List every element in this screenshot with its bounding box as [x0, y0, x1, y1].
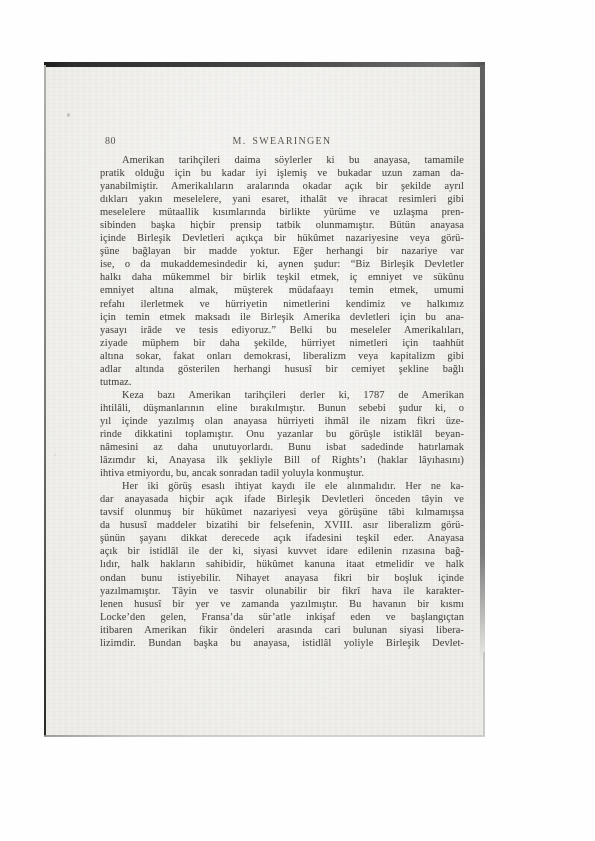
text-line: refahı ilerletmek ve hürriyetin nimetler… — [100, 298, 464, 311]
text-line: şüne bağlayan bir madde yoktur. Eğer her… — [100, 245, 464, 258]
text-line: Locke’den gelen, Fransa’da sür’atle inki… — [100, 611, 464, 624]
text-line: sibinden başka hiçbir prensip tatbik olu… — [100, 219, 464, 232]
scan-edge-left — [44, 65, 46, 736]
text-line: dar anayasada hiçbir açık ifade Birleşik… — [100, 493, 464, 506]
text-line: nâmesini az daha unutuyorlardı. Bunu isb… — [100, 441, 464, 454]
text-line: ondan bunu istiyebilir. Nihayet anayasa … — [100, 572, 464, 585]
text-line: itibaren Amerikan fikir öndeleri arasınd… — [100, 624, 464, 637]
page-header: 80 M. SWEARINGEN — [100, 136, 464, 150]
text-line: içinde Birleşik Devletleri açıkça bir hü… — [100, 232, 464, 245]
text-line: için temin etmek maksadı ile Birleşik Am… — [100, 311, 464, 324]
text-line: ziyade müphem bir daha şekilde, hürriyet… — [100, 337, 464, 350]
text-line: tutmaz. — [100, 376, 464, 389]
text-line: ihtilâli, düşmanlarının eline bırakılmış… — [100, 402, 464, 415]
book-page: 80 M. SWEARINGEN Amerikan tarihçileri da… — [44, 62, 485, 736]
text-line: emniyet altına almak, müşterek müdafaayı… — [100, 284, 464, 297]
scan-edge-bottom — [44, 735, 485, 737]
scan-speck — [54, 454, 56, 456]
text-line: Amerikan tarihçileri daima söylerler ki … — [100, 154, 464, 167]
scanned-page-background: 80 M. SWEARINGEN Amerikan tarihçileri da… — [0, 0, 595, 841]
text-line: meselelere mütaallik kısımlarında birlik… — [100, 206, 464, 219]
text-line: Keza bazı Amerikan tarihçileri derler ki… — [100, 389, 464, 402]
running-header: M. SWEARINGEN — [100, 136, 464, 147]
text-line: lâzımdır ki, Anayasa ilk şekliyle Bill o… — [100, 454, 464, 467]
scan-edge-right-lower — [483, 652, 485, 736]
text-line: pratik olduğu için bu kadar iyi işlemiş … — [100, 167, 464, 180]
text-line: yıl içinde yazılmış olan anayasa hürriye… — [100, 415, 464, 428]
scan-speck — [67, 113, 70, 117]
text-line: rinde dikkatini toplamıştır. Onu yazanla… — [100, 428, 464, 441]
text-line: dıkları yakın meselelere, yani esaret, i… — [100, 193, 464, 206]
text-line: şünün şayanı dikkat derecede açık ifades… — [100, 532, 464, 545]
text-block: Amerikan tarihçileri daima söylerler ki … — [100, 154, 464, 650]
text-line: altına sokar, fakat onları demokrasi, li… — [100, 350, 464, 363]
text-line: lıdır, halk hakların sahibidir, hükûmet … — [100, 558, 464, 571]
text-line: ise, o da mukaddemesindedir ki, aynen şu… — [100, 258, 464, 271]
text-line: yazılmamıştır. Tâyin ve tasvir olunabili… — [100, 585, 464, 598]
scan-edge-right — [480, 65, 485, 661]
text-line: adlar altında gösterilen herhangi hususî… — [100, 363, 464, 376]
text-line: lenen hususî bir yer ve zamanda yazılmış… — [100, 598, 464, 611]
text-line: yanabilmiştir. Amerikalıların aralarında… — [100, 180, 464, 193]
text-line: halkı daha mükemmel bir birlik teşkil et… — [100, 271, 464, 284]
text-line: lizimdir. Bundan başka bu anayasa, istid… — [100, 637, 464, 650]
text-line: yasayı irâde ve tesis ediyoruz.” Belki b… — [100, 324, 464, 337]
text-line: ihtiva etmiyordu, bu, ancak sonradan tad… — [100, 467, 464, 480]
text-line: açık bir istidlâl ile der ki, siyasi kuv… — [100, 545, 464, 558]
text-line: da hususî maddeler bizatihi bir felsefen… — [100, 519, 464, 532]
scan-edge-top — [44, 62, 485, 67]
text-line: tavsif olunmuş bir hükûmet nazariyesi ve… — [100, 506, 464, 519]
text-line: Her iki görüş esaslı ihtiyat kaydı ile e… — [100, 480, 464, 493]
